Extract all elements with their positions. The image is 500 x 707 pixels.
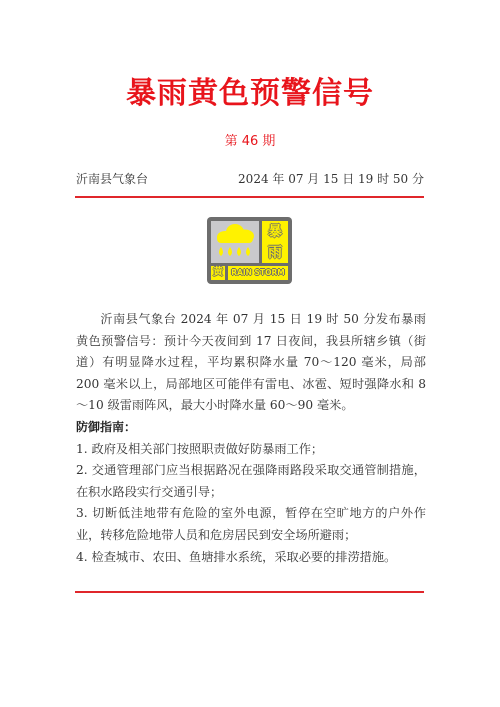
bottom-divider <box>75 591 424 593</box>
rainstorm-yellow-warning-icon: 暴 雨 黄 RAIN STORM <box>207 217 292 284</box>
warning-label-en: RAIN STORM <box>228 266 288 280</box>
issue-number: 第 46 期 <box>0 132 500 152</box>
warning-type-panel: 暴 雨 <box>262 221 288 263</box>
issued-time: 2024 年 07 月 15 日 19 时 50 分 <box>238 170 424 188</box>
guide-item-1: 1. 政府及相关部门按照职责做好防暴雨工作； <box>76 439 426 461</box>
top-divider <box>75 196 424 198</box>
warning-level-char: 黄 <box>211 266 225 280</box>
warning-body: 沂南县气象台 2024 年 07 月 15 日 19 时 50 分发布暴雨黄色预… <box>76 309 426 568</box>
guide-item-2: 2. 交通管理部门应当根据路况在强降雨路段采取交通管制措施，在积水路段实行交通引… <box>76 460 426 503</box>
guide-item-3: 3. 切断低洼地带有危险的室外电源，暂停在空旷地方的户外作业，转移危险地带人员和… <box>76 503 426 546</box>
lead-paragraph: 沂南县气象台 2024 年 07 月 15 日 19 时 50 分发布暴雨黄色预… <box>76 309 426 417</box>
guide-item-4: 4. 检查城市、农田、鱼塘排水系统，采取必要的排涝措施。 <box>76 547 426 569</box>
meta-row: 沂南县气象台 2024 年 07 月 15 日 19 时 50 分 <box>76 170 424 188</box>
warning-char-bottom: 雨 <box>268 245 282 261</box>
cloud-panel <box>211 221 259 263</box>
rain-cloud-icon <box>211 221 259 263</box>
issuer: 沂南县气象台 <box>76 170 148 188</box>
document-title: 暴雨黄色预警信号 <box>0 74 500 114</box>
guide-heading: 防御指南： <box>76 417 426 439</box>
warning-char-top: 暴 <box>268 224 282 240</box>
